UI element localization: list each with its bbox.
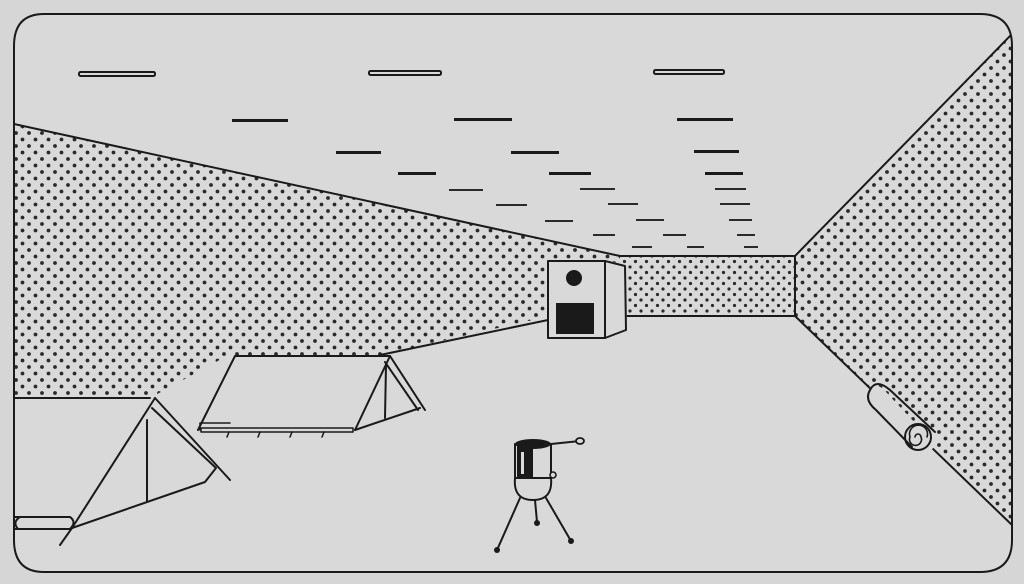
wall-cabinet[interactable] — [548, 260, 627, 338]
room-scene — [0, 0, 1024, 584]
cabinet-knob-icon — [566, 270, 582, 286]
bedroll-left[interactable] — [14, 517, 74, 529]
cabinet-dark-panel — [556, 303, 594, 334]
back-wall — [620, 256, 795, 316]
